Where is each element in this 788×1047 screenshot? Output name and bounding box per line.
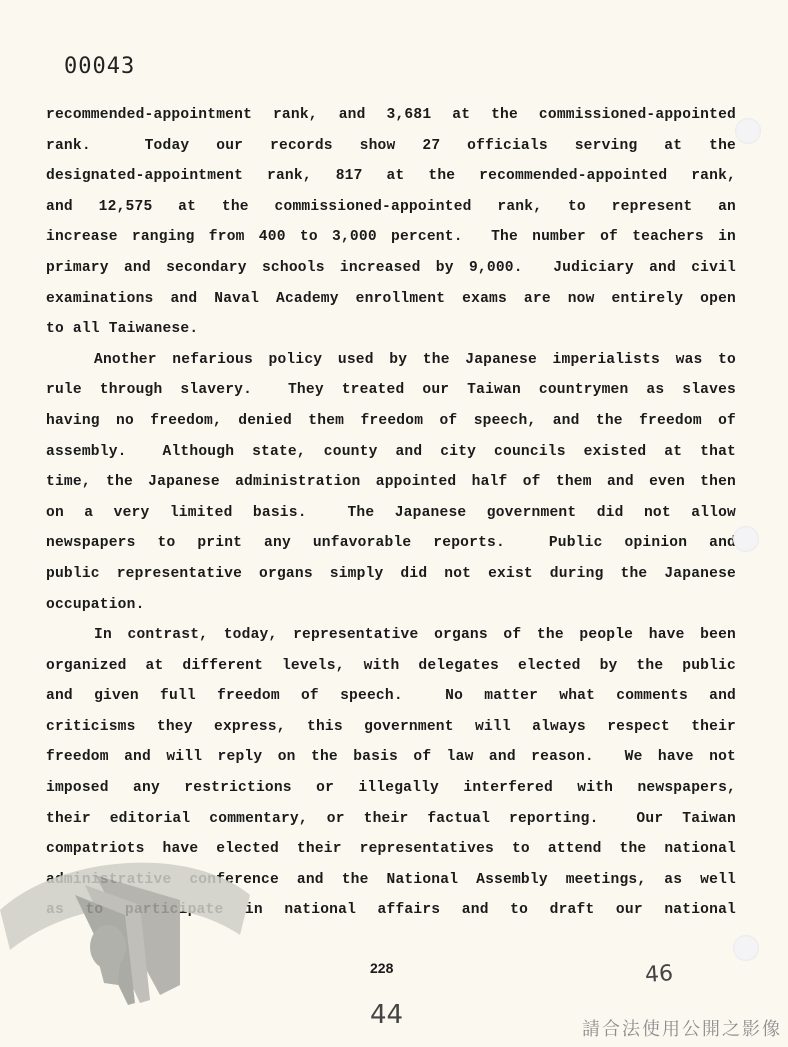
handwritten-annotation: 44 <box>370 1000 403 1030</box>
text-line: In contrast, today, representative organ… <box>46 620 736 651</box>
text-line: designated-appointment rank, 817 at the … <box>46 161 736 192</box>
usage-watermark: 請合法使用公開之影像 <box>582 1015 782 1041</box>
text-line: occupation. <box>46 590 736 621</box>
text-line: and given full freedom of speech. No mat… <box>46 681 736 712</box>
text-line: assembly. Although state, county and cit… <box>46 437 736 468</box>
text-line: increase ranging from 400 to 3,000 perce… <box>46 222 736 253</box>
text-line: to all Taiwanese. <box>46 314 736 345</box>
punch-hole-icon <box>733 526 759 552</box>
text-line: Another nefarious policy used by the Jap… <box>46 345 736 376</box>
text-line: and 12,575 at the commissioned-appointed… <box>46 192 736 223</box>
text-line: on a very limited basis. The Japanese go… <box>46 498 736 529</box>
text-line: freedom and will reply on the basis of l… <box>46 742 736 773</box>
punch-hole-icon <box>733 935 759 961</box>
text-line: newspapers to print any unfavorable repo… <box>46 528 736 559</box>
text-line: primary and secondary schools increased … <box>46 253 736 284</box>
text-line: organized at different levels, with dele… <box>46 651 736 682</box>
punch-hole-icon <box>735 118 761 144</box>
text-line: public representative organs simply did … <box>46 559 736 590</box>
handwritten-annotation: 46 <box>644 961 674 988</box>
document-body: recommended-appointment rank, and 3,681 … <box>46 100 736 926</box>
text-line: having no freedom, denied them freedom o… <box>46 406 736 437</box>
text-line: their editorial commentary, or their fac… <box>46 804 736 835</box>
text-line: time, the Japanese administration appoin… <box>46 467 736 498</box>
text-line: imposed any restrictions or illegally in… <box>46 773 736 804</box>
archive-books-logo-icon <box>0 855 250 1015</box>
text-line: criticisms they express, this government… <box>46 712 736 743</box>
text-line: examinations and Naval Academy enrollmen… <box>46 284 736 315</box>
text-line: recommended-appointment rank, and 3,681 … <box>46 100 736 131</box>
document-id-stamp: 00043 <box>64 54 135 79</box>
text-line: rank. Today our records show 27 official… <box>46 131 736 162</box>
page-number: 228 <box>370 960 393 976</box>
text-line: rule through slavery. They treated our T… <box>46 375 736 406</box>
